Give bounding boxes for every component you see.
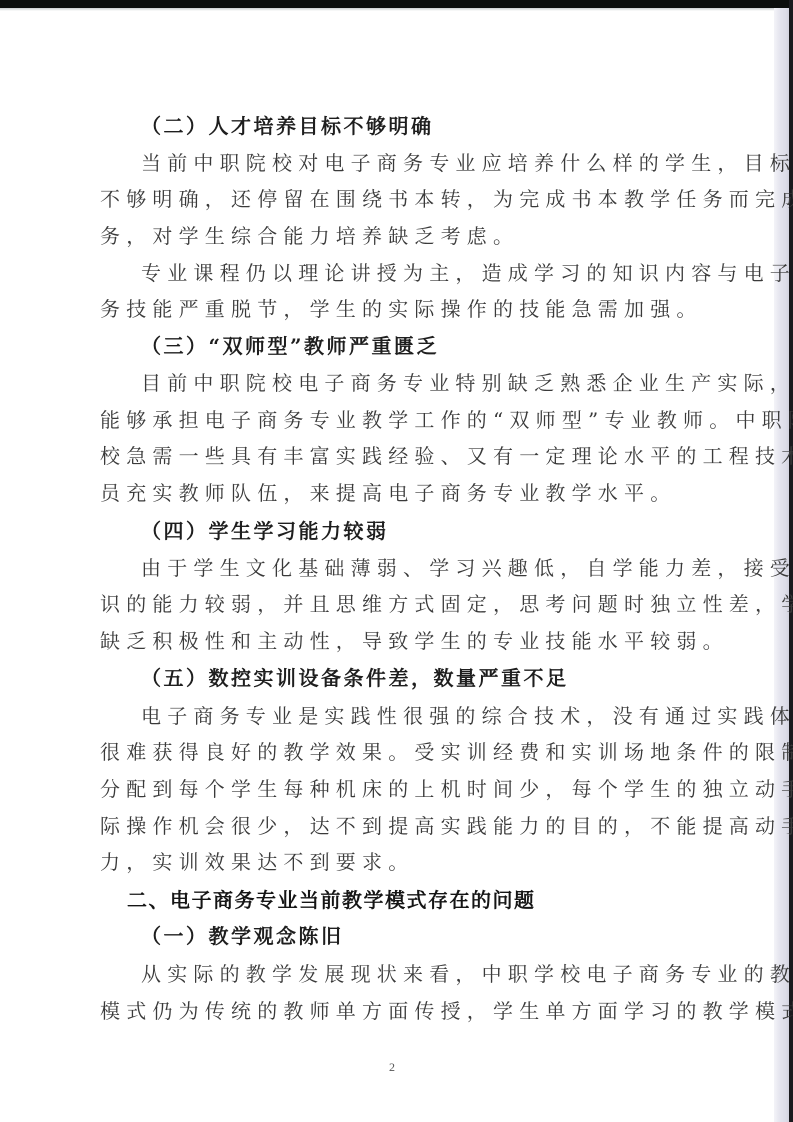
paragraph-line: 目前中职院校电子商务专业特别缺乏熟悉企业生产实际，并 [141,371,701,395]
section-heading-outdated-concepts: （一）教学观念陈旧 [141,924,344,948]
paragraph-line: 缺乏积极性和主动性，导致学生的专业技能水平较弱。 [100,629,700,653]
section-heading-dual-teachers: （三）“双师型”教师严重匮乏 [141,334,439,358]
page-number: 2 [389,1060,395,1075]
paragraph-line: 务，对学生综合能力培养缺乏考虑。 [100,224,700,248]
paragraph-line: 力，实训效果达不到要求。 [100,850,700,874]
paragraph-line: 不够明确，还停留在围绕书本转，为完成书本教学任务而完成任 [100,187,700,211]
paragraph-line: 识的能力较弱，并且思维方式固定，思考问题时独立性差，学习 [100,592,700,616]
paragraph-line: 当前中职院校对电子商务专业应培养什么样的学生，目标还 [141,151,701,175]
paragraph-line: 分配到每个学生每种机床的上机时间少，每个学生的独立动手实 [100,777,700,801]
paragraph-line: 很难获得良好的教学效果。受实训经费和实训场地条件的限制， [100,740,700,764]
paragraph-line: 模式仍为传统的教师单方面传授，学生单方面学习的教学模式。 [100,999,700,1023]
section-heading-training-equipment: （五）数控实训设备条件差，数量严重不足 [141,666,569,690]
document-page: （二）人才培养目标不够明确 当前中职院校对电子商务专业应培养什么样的学生，目标还… [0,0,774,1122]
paragraph-line: 能够承担电子商务专业教学工作的“双师型”专业教师。中职院 [100,408,700,432]
paragraph-line: 际操作机会很少，达不到提高实践能力的目的，不能提高动手能 [100,814,700,838]
paragraph-line: 务技能严重脱节，学生的实际操作的技能急需加强。 [100,297,700,321]
paragraph-line: 校急需一些具有丰富实践经验、又有一定理论水平的工程技术人 [100,444,700,468]
paragraph-line: 专业课程仍以理论讲授为主，造成学习的知识内容与电子商 [141,261,701,285]
section-heading-learning-ability: （四）学生学习能力较弱 [141,519,389,543]
chapter-heading-teaching-mode-problems: 二、电子商务专业当前教学模式存在的问题 [127,888,536,912]
section-heading-talent-goals: （二）人才培养目标不够明确 [141,114,434,138]
paragraph-line: 从实际的教学发展现状来看，中职学校电子商务专业的教学 [141,962,701,986]
paragraph-line: 电子商务专业是实践性很强的综合技术，没有通过实践体验 [141,704,701,728]
paragraph-line: 员充实教师队伍，来提高电子商务专业教学水平。 [100,481,700,505]
paragraph-line: 由于学生文化基础薄弱、学习兴趣低，自学能力差，接受知 [141,556,701,580]
